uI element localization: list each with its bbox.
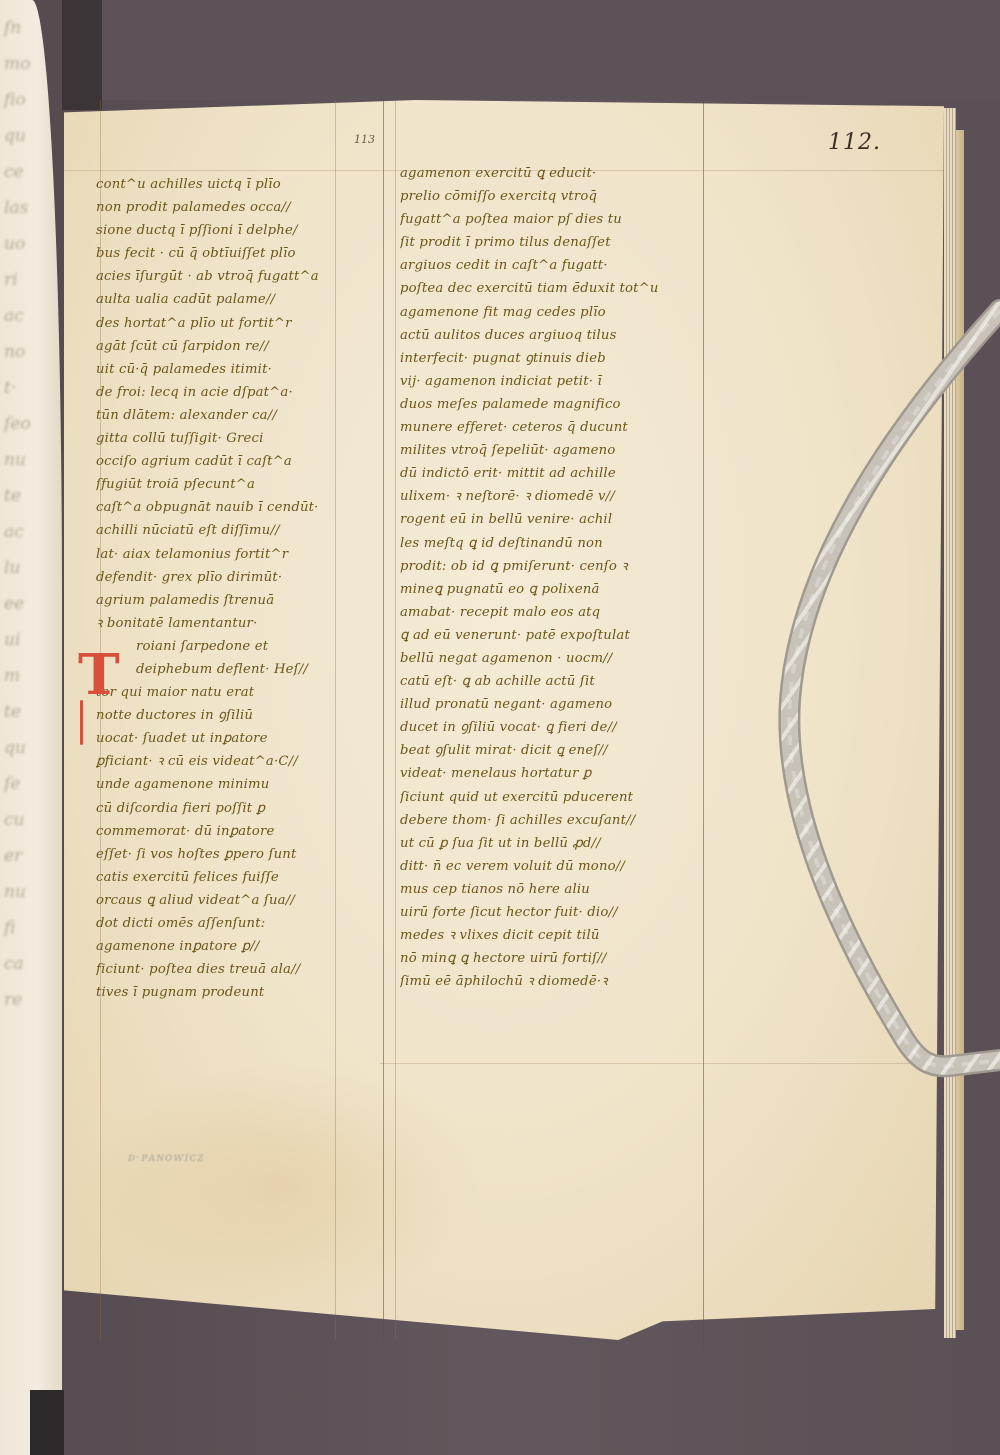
binding-cover-top bbox=[62, 0, 1000, 100]
text-line: prodit: ob id ꝗ pmiſerunt· cenſo ꝛ bbox=[400, 555, 710, 578]
text-line: amabat· recepit malo eos atq bbox=[400, 601, 710, 624]
text-line: videat· menelaus hortatur ꝑ bbox=[400, 762, 710, 785]
text-line: de froi: lecq in acie dſpat^a· bbox=[96, 381, 366, 404]
text-line: cont^u achilles uictq ī plīo bbox=[96, 173, 366, 196]
text-line: mineꝗ pugnatū eo ꝗ polixenā bbox=[400, 578, 710, 601]
text-line: agāt ſcūt cū ſarpidon re// bbox=[96, 335, 366, 358]
text-line: cū diſcordia fieri poſſit ꝑ bbox=[96, 797, 366, 820]
text-line: rogent eū in bellū venire· achil bbox=[400, 508, 710, 531]
text-line: ſiciunt quid ut exercitū pducerent bbox=[400, 786, 710, 809]
text-line: roiani ſarpedone et bbox=[96, 635, 366, 658]
old-folio-number: 113 bbox=[354, 133, 375, 146]
parchment-stain bbox=[84, 1060, 484, 1310]
text-line: des hortat^a plīo ut fortit^r bbox=[96, 312, 366, 335]
text-line: catū eſt· ꝗ ab achille actū ſit bbox=[400, 670, 710, 693]
facing-page-text: ſn mo fio qu ce las uo ri ac no t· ſeo n… bbox=[4, 10, 54, 1018]
text-line: fugatt^a poſtea maior pſ dies tu bbox=[400, 208, 710, 231]
initial-flourish bbox=[80, 700, 83, 745]
rubricated-initial: T bbox=[78, 644, 116, 706]
page-block-edges bbox=[944, 108, 956, 1338]
text-line: actū aulitos duces argiuoq tilus bbox=[400, 324, 710, 347]
text-line: ſimū eē āphilochū ꝛ diomedē·ꝛ bbox=[400, 970, 710, 993]
text-line: debere thom· ſi achilles excuſant// bbox=[400, 809, 710, 832]
text-line: achilli nūciatū eſt diſſimu// bbox=[96, 519, 366, 542]
text-line: agamenon exercitū ꝗ educit· bbox=[400, 162, 710, 185]
text-line: ficiunt· poſtea dies treuā ala// bbox=[96, 958, 366, 981]
text-line: occiſo agrium cadūt ī caſt^a bbox=[96, 450, 366, 473]
ruling-line-gutter-left bbox=[383, 100, 384, 1340]
text-line: bellū negat agamenon · uocm// bbox=[400, 647, 710, 670]
text-line: argiuos cedit in caſt^a fugatt· bbox=[400, 254, 710, 277]
text-line: mus cep tianos nō here aliu bbox=[400, 878, 710, 901]
text-line: nō minꝗ ꝗ hectore uirū fortiſ// bbox=[400, 947, 710, 970]
text-line: ſfugiūt troiā pſecunt^a bbox=[96, 473, 366, 496]
text-line: tor qui maior natu erat bbox=[96, 681, 366, 704]
text-line: ducet in ꝯſiliū vocat· ꝗ fieri de// bbox=[400, 716, 710, 739]
text-line: milites vtroq̄ ſepeliūt· agameno bbox=[400, 439, 710, 462]
text-column-right: agamenon exercitū ꝗ educit· prelio cōmiſ… bbox=[400, 162, 710, 993]
text-line: prelio cōmiſſo exercitq vtroq̄ bbox=[400, 185, 710, 208]
text-line: tives ī pugnam prodeunt bbox=[96, 981, 366, 1004]
binding-foam-support bbox=[30, 1390, 64, 1455]
text-line: duos meſes palamede magnifico bbox=[400, 393, 710, 416]
text-line: vij· agamenon indiciat petit· ī bbox=[400, 370, 710, 393]
text-line: agamenone inꝑatore ꝑ// bbox=[96, 935, 366, 958]
binding-gutter-shadow bbox=[62, 0, 102, 110]
text-line: aulta ualia cadūt palame// bbox=[96, 288, 366, 311]
text-line: commemorat· dū inꝑatore bbox=[96, 820, 366, 843]
ruling-line-bottom bbox=[380, 1063, 940, 1064]
text-line: gitta collū tuſſigit· Greci bbox=[96, 427, 366, 450]
text-line: ditt· n̄ ec verem voluit dū mono// bbox=[400, 855, 710, 878]
text-line: agrium palamedis ſtrenuā bbox=[96, 589, 366, 612]
text-line: ꝑficiant· ꝛ cū eis videat^a·C// bbox=[96, 750, 366, 773]
text-line: uit cū·q̄ palamedes itimit· bbox=[96, 358, 366, 381]
library-stamp: ᴅ·ᴘᴀɴᴏᴡɪᴄᴢ bbox=[128, 1150, 204, 1164]
text-line: bus fecit · cū q̄ obtīuiſſet plīo bbox=[96, 242, 366, 265]
text-line: uirū forte ſicut hector fuit· dio// bbox=[400, 901, 710, 924]
text-line: uocat· ſuadet ut inꝑatore bbox=[96, 727, 366, 750]
text-line: catis exercitū felices fuiſſe bbox=[96, 866, 366, 889]
text-line: caſt^a obpugnāt nauib ī cendūt· bbox=[96, 496, 366, 519]
text-line: munere efferet· ceteros q̄ ducunt bbox=[400, 416, 710, 439]
text-line: dū indictō erit· mittit ad achille bbox=[400, 462, 710, 485]
text-line: agamenone fit mag cedes plīo bbox=[400, 301, 710, 324]
text-line: beat ꝯſulit mirat· dicit ꝗ eneſ// bbox=[400, 739, 710, 762]
text-line: notte ductores in ꝯſiliū bbox=[96, 704, 366, 727]
text-line: lat· aiax telamonius fortit^r bbox=[96, 543, 366, 566]
text-column-left: cont^u achilles uictq ī plīo non prodit … bbox=[96, 173, 366, 1004]
text-line: defendit· grex plīo dirimūt· bbox=[96, 566, 366, 589]
text-line: non prodit palamedes occa// bbox=[96, 196, 366, 219]
text-line: ꝛ bonitatē lamentantur· bbox=[96, 612, 366, 635]
text-line: les meſtq ꝗ id deſtinandū non bbox=[400, 532, 710, 555]
page-block-outer-edge bbox=[956, 130, 964, 1330]
text-line: sione ductq ī pſſioni ī delphe/ bbox=[96, 219, 366, 242]
text-line: unde agamenone minimu bbox=[96, 773, 366, 796]
folio-number: 112. bbox=[828, 130, 881, 155]
ruling-line-gutter-right bbox=[395, 100, 396, 1340]
text-line: ulixem· ꝛ neſtorē· ꝛ diomedē v// bbox=[400, 485, 710, 508]
text-line: ut cū ꝑ ſua ſit ut in bellū ꝓd// bbox=[400, 832, 710, 855]
text-line: medes ꝛ vlixes dicit cepit tilū bbox=[400, 924, 710, 947]
text-line: tūn dlātem: alexander ca// bbox=[96, 404, 366, 427]
text-line: eſſet· ſi vos hoſtes ꝑpero ſunt bbox=[96, 843, 366, 866]
text-line: ꝗ ad eū venerunt· patē expoſtulat bbox=[400, 624, 710, 647]
facing-page-edge: ſn mo fio qu ce las uo ri ac no t· ſeo n… bbox=[0, 0, 62, 1455]
text-line: ſit prodit ī primo tilus denaſſet bbox=[400, 231, 710, 254]
text-line: interfecit· pugnat ꝯtinuis dieb bbox=[400, 347, 710, 370]
text-line: dot dicti omēs aſſenſunt: bbox=[96, 912, 366, 935]
text-line: illud pronatū negant· agameno bbox=[400, 693, 710, 716]
text-line: deiphebum deflent· Heſ// bbox=[96, 658, 366, 681]
text-line: acies īſurgūt · ab vtroq̄ fugatt^a bbox=[96, 265, 366, 288]
text-line: orcaus ꝗ aliud videat^a ſua// bbox=[96, 889, 366, 912]
text-line: poſtea dec exercitū tiam ēduxit tot^u bbox=[400, 277, 710, 300]
